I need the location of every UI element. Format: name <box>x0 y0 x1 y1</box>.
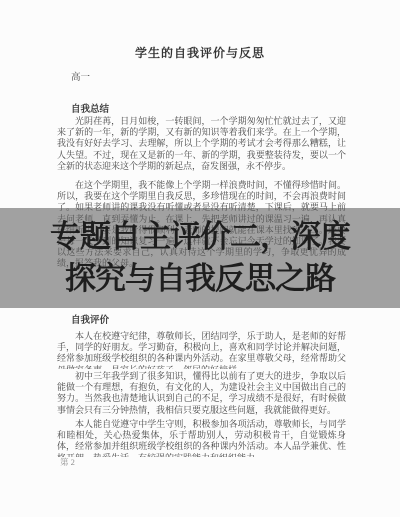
paragraph-self-evaluation-1: 本人在校遵守纪律，尊敬师长，团结同学，乐于助人，是老师的好帮手，同学的好朋友。学… <box>57 331 346 369</box>
caption-text-line-2: 探究与自我反思之路 <box>65 258 335 300</box>
section-heading-self-evaluation: 自我评价 <box>71 312 109 326</box>
page-number-footer: 第 2 <box>60 456 75 468</box>
section-heading-self-summary: 自我总结 <box>71 101 109 115</box>
document-title: 学生的自我评价与反思 <box>0 44 400 61</box>
caption-text-line-1: 专题自主评价二，深度 <box>50 216 350 258</box>
document-photo-page: 学生的自我评价与反思 高一 自我总结 光阴荏苒，日月如梭，一转眼间，一个学期匆匆… <box>0 0 400 517</box>
grade-label: 高一 <box>71 69 90 83</box>
paragraph-self-evaluation-2: 初中三年我学到了很多知识，懂得比以前有了更大的进步，争取以后能做一个有理想，有抱… <box>57 371 346 416</box>
paragraph-self-summary-1: 光阴荏苒，日月如梭，一转眼间，一个学期匆匆忙忙就过去了，又迎来了新的一年，新的学… <box>57 116 346 172</box>
caption-overlay-band: 专题自主评价二，深度 探究与自我反思之路 <box>0 208 400 308</box>
paragraph-self-evaluation-3: 本人能自觉遵守中学生守则，积极参加各项活动，尊敬师长，与同学和睦相处，关心热爱集… <box>57 419 346 457</box>
